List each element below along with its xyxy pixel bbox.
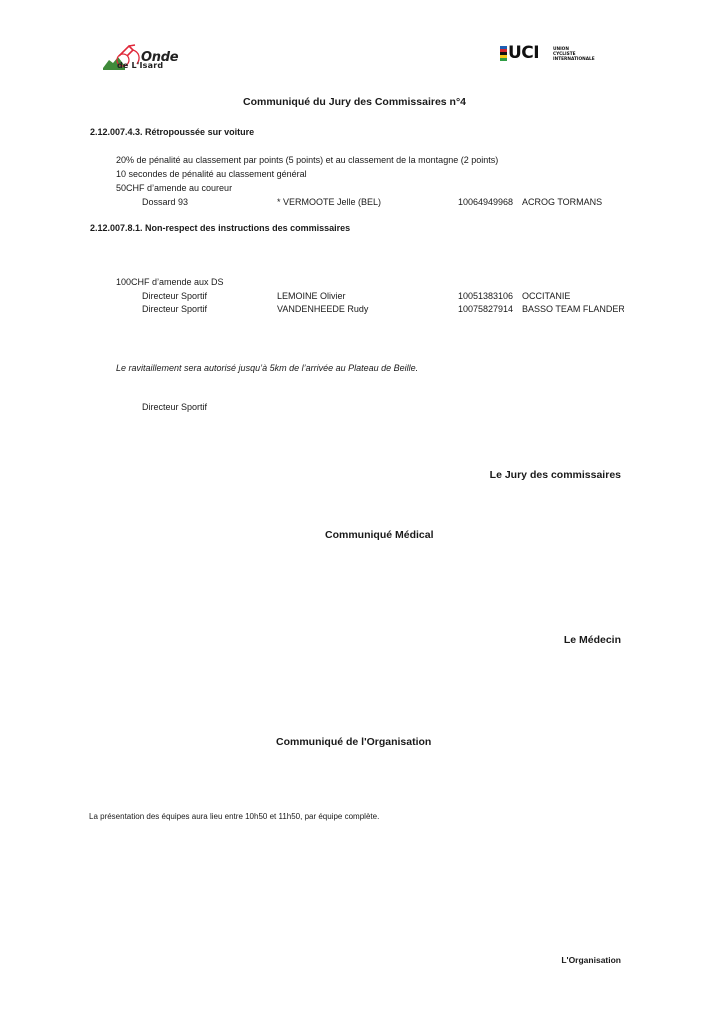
logo-subtitle: de L'Isard (117, 61, 163, 70)
penalty-line: 10 secondes de pénalité au classement gé… (116, 168, 307, 180)
row-team: BASSO TEAM FLANDERS (522, 303, 624, 315)
ravitaillement-note: Le ravitaillement sera autorisé jusqu’à … (116, 362, 418, 374)
ronde-de-l-isard-logo: Onde de L'Isard (103, 40, 183, 74)
penalty-line: 20% de pénalité au classement par points… (116, 154, 498, 166)
organisation-signature: L'Organisation (561, 955, 621, 965)
row-team: OCCITANIE (522, 290, 570, 302)
uci-logo: UCI UNION CYCLISTE INTERNATIONALE (500, 45, 610, 67)
jury-title: Communiqué du Jury des Commissaires n°4 (243, 96, 466, 108)
medical-signature: Le Médecin (564, 634, 621, 646)
section-heading-retropoussee: 2.12.007.4.3. Rétropoussée sur voiture (90, 126, 254, 138)
uci-letters: UCI (508, 43, 539, 63)
penalty-line: 50CHF d’amende au coureur (116, 182, 232, 194)
row-name: VANDENHEEDE Rudy (277, 303, 368, 315)
row-uci-id: 10064949968 (458, 196, 513, 208)
uci-subtitle: UNION CYCLISTE INTERNATIONALE (553, 47, 595, 62)
row-name: LEMOINE Olivier (277, 290, 346, 302)
row-team: ACROG TORMANS (522, 196, 602, 208)
organisation-title: Communiqué de l'Organisation (276, 736, 431, 748)
medical-title: Communiqué Médical (325, 529, 434, 541)
jury-signature: Le Jury des commissaires (490, 469, 621, 481)
row-role: Dossard 93 (142, 196, 188, 208)
row-role: Directeur Sportif (142, 290, 207, 302)
row-uci-id: 10051383106 (458, 290, 513, 302)
row-uci-id: 10075827914 (458, 303, 513, 315)
note-role: Directeur Sportif (142, 401, 207, 413)
section-heading-non-respect: 2.12.007.8.1. Non-respect des instructio… (90, 222, 350, 234)
uci-rainbow-stripes (500, 46, 507, 61)
row-name: * VERMOOTE Jelle (BEL) (277, 196, 381, 208)
row-role: Directeur Sportif (142, 303, 207, 315)
penalty-line: 100CHF d’amende aux DS (116, 276, 224, 288)
organisation-text: La présentation des équipes aura lieu en… (89, 811, 379, 822)
